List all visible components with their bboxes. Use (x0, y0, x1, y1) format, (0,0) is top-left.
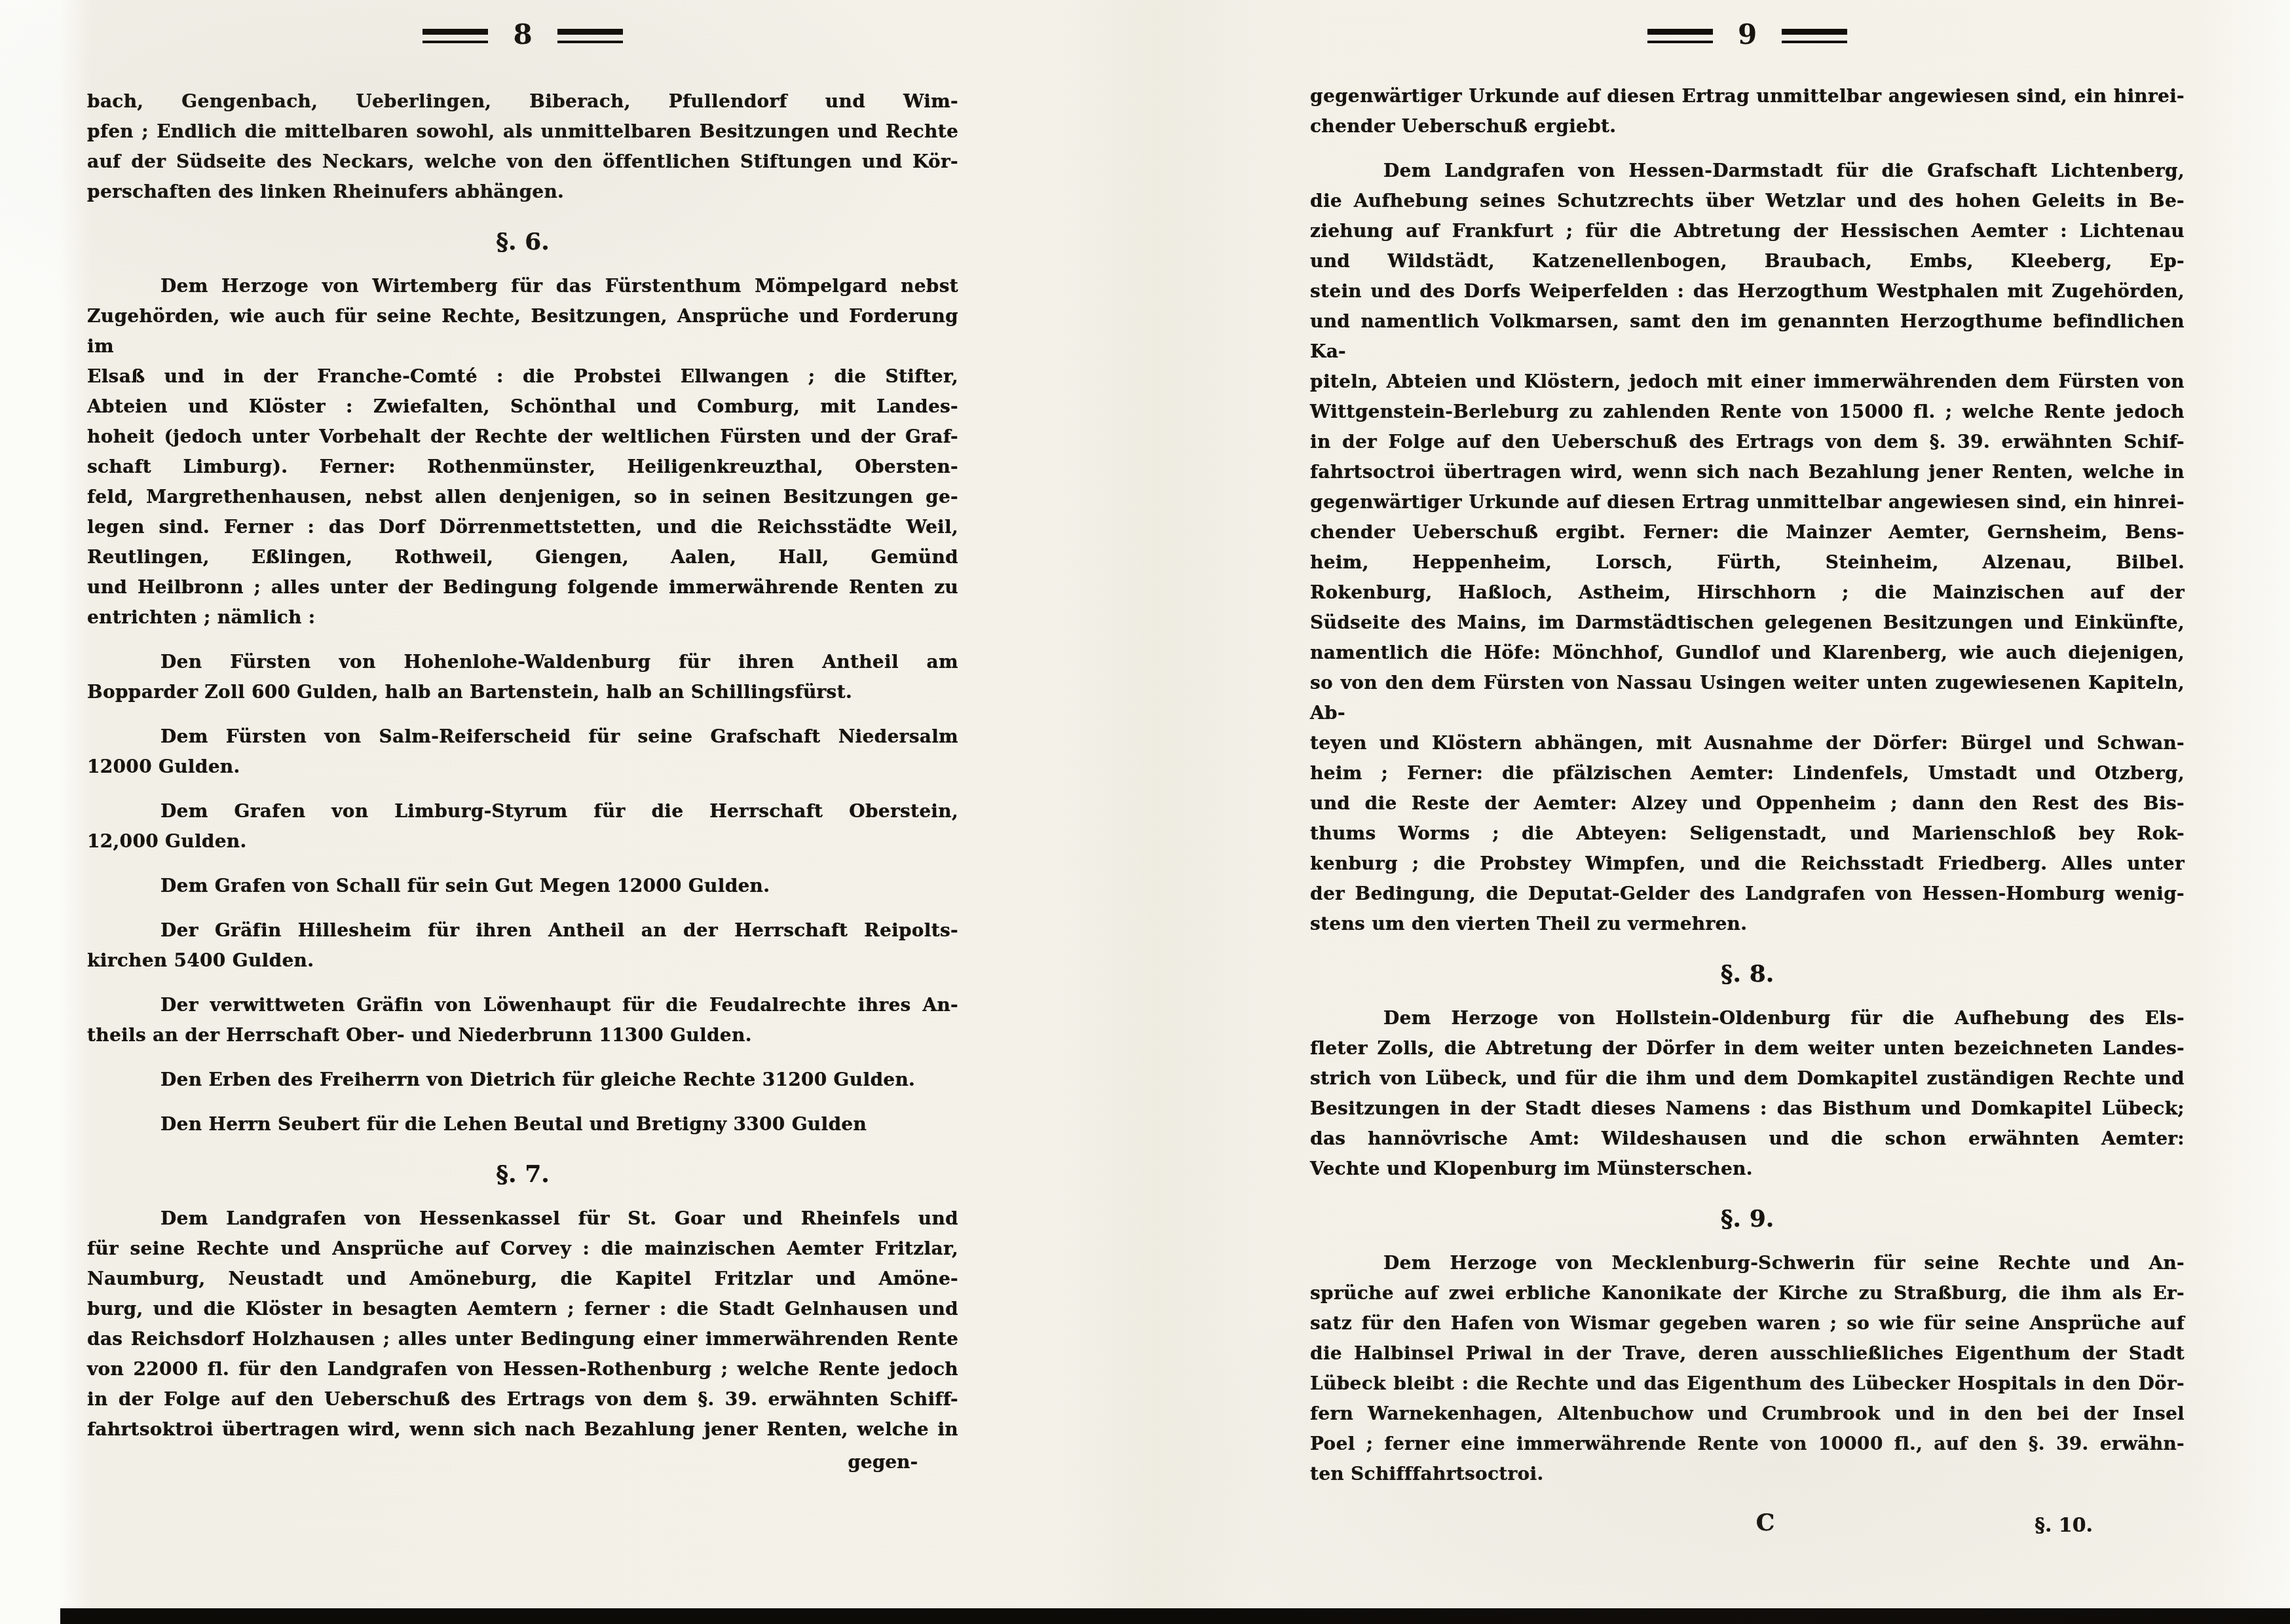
text-line: hoheit (jedoch unter Vorbehalt der Recht… (87, 422, 958, 452)
page-right-footer: C §. 10. (1310, 1500, 2185, 1552)
text-line: ten Schifffahrtsoctroi. (1310, 1459, 2185, 1489)
text-line: in der Folge auf den Ueberschuß des Ertr… (1310, 427, 2185, 457)
text-line: heim, Heppenheim, Lorsch, Fürth, Steinhe… (1310, 547, 2185, 578)
text-line: stein und des Dorfs Weiperfelden : das H… (1310, 276, 2185, 306)
text-line: theils an der Herrschaft Ober- und Niede… (87, 1020, 958, 1050)
page-left-header: 8 (87, 17, 958, 55)
paragraph: Dem Grafen von Limburg-Styrum für die He… (87, 796, 958, 857)
text-line: Reutlingen, Eßlingen, Rothweil, Giengen,… (87, 542, 958, 572)
text-line: das Reichsdorf Holzhausen ; alles unter … (87, 1324, 958, 1354)
text-line: stens um den vierten Theil zu vermehren. (1310, 909, 2185, 939)
text-line: perschaften des linken Rheinufers abhäng… (87, 177, 958, 207)
page-number-left: 8 (513, 21, 532, 48)
text-line: gegenwärtiger Urkunde auf diesen Ertrag … (1310, 81, 2185, 111)
text-line: fern Warnekenhagen, Altenbuchow und Crum… (1310, 1399, 2185, 1429)
text-line: Dem Landgrafen von Hessen-Darmstadt für … (1310, 156, 2185, 186)
text-line: Vechte und Klopenburg im Münsterschen. (1310, 1154, 2185, 1184)
text-line: Der verwittweten Gräfin von Löwenhaupt f… (87, 990, 958, 1020)
page-left: 8 bach, Gengenbach, Ueberlingen, Biberac… (87, 17, 958, 1477)
text-line: das hannövrische Amt: Wildeshausen und d… (1310, 1124, 2185, 1154)
paragraph: Den Fürsten von Hohenlohe-Waldenburg für… (87, 647, 958, 707)
text-line: die Halbinsel Priwal in der Trave, deren… (1310, 1338, 2185, 1369)
page-right: 9 gegenwärtiger Urkunde auf diesen Ertra… (1310, 17, 2185, 1552)
text-line: Dem Fürsten von Salm-Reiferscheid für se… (87, 722, 958, 752)
paragraph: Dem Landgrafen von Hessenkassel für St. … (87, 1204, 958, 1445)
paragraph: Dem Grafen von Schall für sein Gut Megen… (87, 871, 958, 901)
text-line: Wittgenstein-Berleburg zu zahlenden Rent… (1310, 397, 2185, 427)
text-line: kirchen 5400 Gulden. (87, 946, 958, 976)
text-line: und Heilbronn ; alles unter der Bedingun… (87, 572, 958, 602)
next-section-label: §. 10. (2035, 1514, 2093, 1537)
text-line: ziehung auf Frankfurt ; für die Abtretun… (1310, 216, 2185, 246)
text-line: Bopparder Zoll 600 Gulden, halb an Barte… (87, 677, 958, 707)
paragraph: Dem Landgrafen von Hessen-Darmstadt für … (1310, 156, 2185, 939)
text-line: entrichten ; nämlich : (87, 602, 958, 633)
book-spread-scan: 8 bach, Gengenbach, Ueberlingen, Biberac… (0, 0, 2290, 1624)
text-line: chender Ueberschuß ergiebt. (1310, 111, 2185, 141)
text-line: schaft Limburg). Ferner: Rothenmünster, … (87, 452, 958, 482)
text-line: strich von Lübeck, und für die ihm und d… (1310, 1063, 2185, 1094)
text-line: auf der Südseite des Neckars, welche von… (87, 147, 958, 177)
text-line: namentlich die Höfe: Mönchhof, Gundlof u… (1310, 638, 2185, 668)
text-line: Abteien und Klöster : Zwiefalten, Schönt… (87, 392, 958, 422)
text-line: Südseite des Mains, im Darmstädtischen g… (1310, 608, 2185, 638)
text-line: so von den dem Fürsten von Nassau Usinge… (1310, 668, 2185, 728)
page-left-text: bach, Gengenbach, Ueberlingen, Biberach,… (87, 86, 958, 1445)
text-line: Lübeck bleibt : die Rechte und das Eigen… (1310, 1369, 2185, 1399)
page-right-header: 9 (1310, 17, 2185, 55)
signature-mark: C (1756, 1509, 1775, 1536)
text-line: der Bedingung, die Deputat-Gelder des La… (1310, 879, 2185, 909)
text-line: 12,000 Gulden. (87, 826, 958, 857)
text-line: kenburg ; die Probstey Wimpfen, und die … (1310, 849, 2185, 879)
text-line: in der Folge auf den Ueberschuß des Ertr… (87, 1384, 958, 1414)
text-line: teyen und Klöstern abhängen, mit Ausnahm… (1310, 728, 2185, 758)
text-line: für seine Rechte und Ansprüche auf Corve… (87, 1234, 958, 1264)
text-line: und die Reste der Aemter: Alzey und Oppe… (1310, 788, 2185, 819)
text-line: burg, und die Klöster in besagten Aemter… (87, 1294, 958, 1324)
paragraph: Der verwittweten Gräfin von Löwenhaupt f… (87, 990, 958, 1050)
header-rule-icon (1647, 29, 1713, 43)
text-line: Dem Herzoge von Wirtemberg für das Fürst… (87, 271, 958, 301)
paragraph: Dem Fürsten von Salm-Reiferscheid für se… (87, 722, 958, 782)
text-line: Dem Landgrafen von Hessenkassel für St. … (87, 1204, 958, 1234)
paragraph: Den Erben des Freiherrn von Dietrich für… (87, 1065, 958, 1095)
section-heading: §. 8. (1310, 959, 2185, 989)
text-line: fleter Zolls, die Abtretung der Dörfer i… (1310, 1033, 2185, 1063)
text-line: und Wildstädt, Katzenellenbogen, Braubac… (1310, 246, 2185, 276)
text-line: Naumburg, Neustadt und Amöneburg, die Ka… (87, 1264, 958, 1294)
text-line: piteln, Abteien und Klöstern, jedoch mit… (1310, 367, 2185, 397)
text-line: heim ; Ferner: die pfälzischen Aemter: L… (1310, 758, 2185, 788)
text-line: von 22000 fl. für den Landgrafen von Hes… (87, 1354, 958, 1384)
text-line: thums Worms ; die Abteyen: Seligenstadt,… (1310, 819, 2185, 849)
text-line: Dem Herzoge von Hollstein-Oldenburg für … (1310, 1003, 2185, 1033)
text-line: Der Gräfin Hillesheim für ihren Antheil … (87, 915, 958, 946)
text-line: sprüche auf zwei erbliche Kanonikate der… (1310, 1278, 2185, 1308)
catchword: gegen- (87, 1447, 958, 1477)
text-line: Dem Grafen von Schall für sein Gut Megen… (87, 871, 958, 901)
header-rule-icon (1782, 29, 1847, 43)
paragraph: Dem Herzoge von Mecklenburg-Schwerin für… (1310, 1248, 2185, 1489)
text-line: und namentlich Volkmarsen, samt den im g… (1310, 306, 2185, 367)
header-rule-icon (422, 29, 488, 43)
paragraph: Dem Herzoge von Wirtemberg für das Fürst… (87, 271, 958, 633)
paragraph: Den Herrn Seubert für die Lehen Beutal u… (87, 1109, 958, 1139)
text-line: Poel ; ferner eine immerwährende Rente v… (1310, 1429, 2185, 1459)
page-number-right: 9 (1738, 21, 1757, 48)
paragraph: Dem Herzoge von Hollstein-Oldenburg für … (1310, 1003, 2185, 1184)
text-line: fahrtsoktroi übertragen wird, wenn sich … (87, 1414, 958, 1445)
page-right-text: gegenwärtiger Urkunde auf diesen Ertrag … (1310, 81, 2185, 1489)
text-line: chender Ueberschuß ergibt. Ferner: die M… (1310, 517, 2185, 547)
text-line: Den Herrn Seubert für die Lehen Beutal u… (87, 1109, 958, 1139)
text-line: Dem Herzoge von Mecklenburg-Schwerin für… (1310, 1248, 2185, 1278)
text-line: bach, Gengenbach, Ueberlingen, Biberach,… (87, 86, 958, 117)
text-line: legen sind. Ferner : das Dorf Dörrenmett… (87, 512, 958, 542)
text-line: Den Erben des Freiherrn von Dietrich für… (87, 1065, 958, 1095)
text-line: Dem Grafen von Limburg-Styrum für die He… (87, 796, 958, 826)
text-line: Zugehörden, wie auch für seine Rechte, B… (87, 301, 958, 361)
scan-edge-bar (60, 1608, 2290, 1624)
header-rule-icon (557, 29, 623, 43)
section-heading: §. 6. (87, 227, 958, 257)
text-line: Elsaß und in der Franche-Comté : die Pro… (87, 361, 958, 392)
text-line: 12000 Gulden. (87, 752, 958, 782)
paragraph: bach, Gengenbach, Ueberlingen, Biberach,… (87, 86, 958, 207)
text-line: Rokenburg, Haßloch, Astheim, Hirschhorn … (1310, 578, 2185, 608)
text-line: Besitzungen in der Stadt dieses Namens :… (1310, 1094, 2185, 1124)
text-line: pfen ; Endlich die mittelbaren sowohl, a… (87, 117, 958, 147)
paragraph: gegenwärtiger Urkunde auf diesen Ertrag … (1310, 81, 2185, 141)
text-line: Den Fürsten von Hohenlohe-Waldenburg für… (87, 647, 958, 677)
text-line: satz für den Hafen von Wismar gegeben wa… (1310, 1308, 2185, 1338)
section-heading: §. 9. (1310, 1204, 2185, 1234)
text-line: feld, Margrethenhausen, nebst allen denj… (87, 482, 958, 512)
paragraph: Der Gräfin Hillesheim für ihren Antheil … (87, 915, 958, 976)
section-heading: §. 7. (87, 1159, 958, 1189)
text-line: die Aufhebung seines Schutzrechts über W… (1310, 186, 2185, 216)
text-line: fahrtsoctroi übertragen wird, wenn sich … (1310, 457, 2185, 487)
text-line: gegenwärtiger Urkunde auf diesen Ertrag … (1310, 487, 2185, 517)
